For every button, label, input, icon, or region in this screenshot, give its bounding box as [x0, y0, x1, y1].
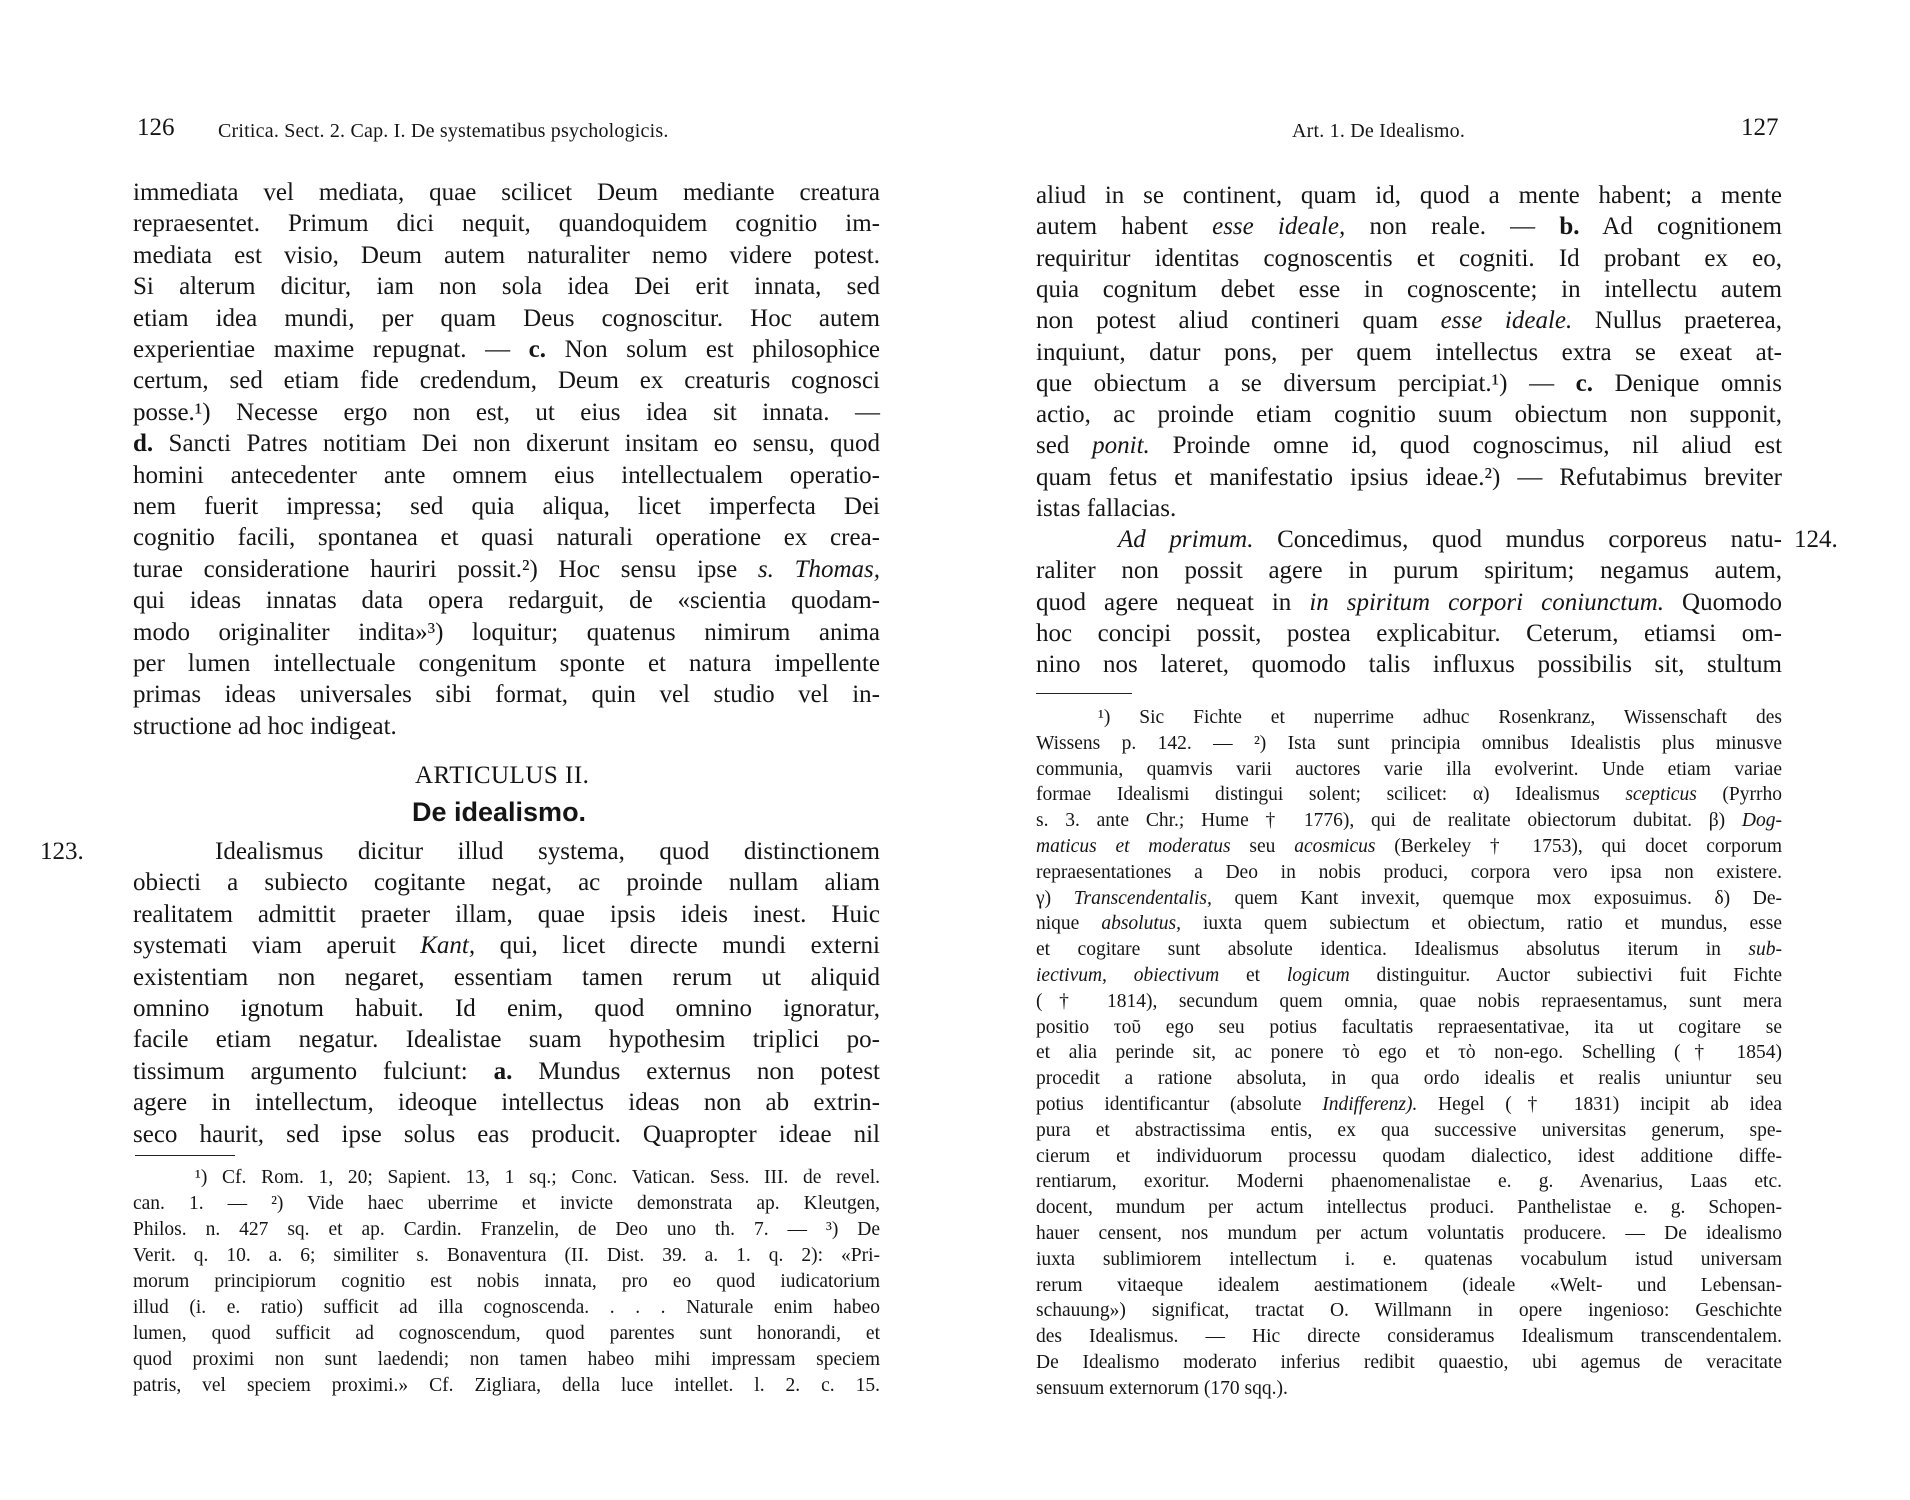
footnote-line: patris, vel speciem proximi.» Cf. Ziglia… [133, 1373, 880, 1398]
text-line: cognitio facili, spontanea et quasi natu… [133, 522, 880, 553]
italic-text: absolutus, [1101, 913, 1181, 934]
text-run: primas ideas universales sibi format, qu… [133, 681, 880, 708]
text-run: morum principiorum cognitio est nobis in… [133, 1271, 880, 1292]
margin-paragraph-number: 123. [40, 836, 84, 867]
text-line: tissimum argumento fulciunt: a. Mundus e… [133, 1056, 880, 1087]
text-run: De Idealismo moderato inferius redibit q… [1036, 1352, 1782, 1373]
text-line: structione ad hoc indigeat. [133, 711, 880, 742]
margin-paragraph-number: 124. [1794, 524, 1838, 555]
text-run: can. 1. — ²) Vide haec uberrime et invic… [133, 1193, 880, 1214]
text-line: mediata est visio, Deum autem naturalite… [133, 240, 880, 271]
text-line: Ad primum. Concedimus, quod mundus corpo… [1036, 524, 1782, 555]
italic-text: scepticus [1625, 784, 1696, 805]
text-line: modo originaliter indita»³) loquitur; qu… [133, 617, 880, 648]
text-run: non reale. — [1345, 213, 1559, 240]
text-run: rentiarum, exoritur. Moderni phaenomenal… [1036, 1171, 1782, 1192]
text-run: Proinde omne id, quod cognoscimus, nil a… [1150, 432, 1782, 459]
text-run: γ) [1036, 888, 1074, 909]
text-line: seco haurit, sed ipse solus eas producit… [133, 1119, 880, 1150]
page-127: Art. 1. De Idealismo. 127 aliud in se co… [955, 0, 1910, 1500]
footnote-line: quod proximi non sunt laedendi; non tame… [133, 1347, 880, 1372]
text-run: posse.¹) Necesse ergo non est, ut eius i… [133, 399, 880, 426]
text-run: et [1219, 965, 1287, 986]
text-run: Non solum est philosophice [546, 336, 880, 363]
text-run: obiecti a subiecto cogitante negat, ac p… [133, 869, 880, 896]
footnote-rule [1036, 693, 1132, 694]
text-run: etiam idea mundi, per quam Deus cognosci… [133, 305, 880, 332]
text-line: Idealismus dicitur illud systema, quod d… [133, 836, 880, 867]
text-line: d. Sancti Patres notitiam Dei non dixeru… [133, 428, 880, 459]
text-line: non potest aliud contineri quam esse ide… [1036, 305, 1782, 336]
text-run: actio, ac proinde etiam cognitio suum ob… [1036, 401, 1782, 428]
text-run: docent, mundum per actum intellectus pro… [1036, 1197, 1782, 1218]
text-line: certum, sed etiam fide credendum, Deum e… [133, 365, 880, 396]
text-run: communia, quamvis varii auctores varie i… [1036, 759, 1782, 780]
footnote-line: ¹) Sic Fichte et nuperrime adhuc Rosenkr… [1036, 705, 1782, 730]
text-line: homini antecedenter ante omnem eius inte… [133, 460, 880, 491]
text-run: quod proximi non sunt laedendi; non tame… [133, 1349, 880, 1370]
text-run: Mundus externus non potest [512, 1058, 880, 1085]
text-line: quam fetus et manifestatio ipsius ideae.… [1036, 462, 1782, 493]
text-run: Denique omnis [1593, 370, 1782, 397]
italic-text: esse ideale, [1212, 213, 1345, 240]
text-run: Verit. q. 10. a. 6; similiter s. Bonaven… [133, 1245, 880, 1266]
footnote-line: et cogitare sunt absolute identica. Idea… [1036, 937, 1782, 962]
text-run: quia cognitum debet esse in cognoscente;… [1036, 276, 1782, 303]
text-run: des Idealismus. — Hic directe consideram… [1036, 1326, 1782, 1347]
text-run: Philos. n. 427 sq. et ap. Cardin. Franze… [133, 1219, 880, 1240]
text-line: quod agere nequeat in in spiritum corpor… [1036, 587, 1782, 618]
text-run: non potest aliud contineri quam [1036, 307, 1441, 334]
text-line: sed ponit. Proinde omne id, quod cognosc… [1036, 430, 1782, 461]
text-line: requiritur identitas cognoscentis et cog… [1036, 243, 1782, 274]
bold-text: b. [1559, 213, 1579, 240]
footnote-rule [135, 1155, 235, 1156]
bold-text: c. [529, 336, 546, 363]
text-run: nino nos lateret, quomodo talis influxus… [1036, 651, 1782, 678]
text-run: aliud in se continent, quam id, quod a m… [1036, 182, 1782, 209]
italic-text: acosmicus [1294, 836, 1375, 857]
text-run: procedit a ratione absoluta, in qua ordo… [1036, 1068, 1782, 1089]
footnote-line: nique absolutus, iuxta quem subiectum et… [1036, 911, 1782, 936]
text-line: agere in intellectum, ideoque intellectu… [133, 1087, 880, 1118]
italic-text: Indifferenz). [1322, 1094, 1417, 1115]
text-run: seco haurit, sed ipse solus eas producit… [133, 1121, 880, 1148]
footnote-line: rerum vitaeque idealem aestimationem (id… [1036, 1273, 1782, 1298]
text-run: iuxta quem subiectum et obiectum, ratio … [1181, 913, 1782, 934]
text-line: autem habent esse ideale, non reale. — b… [1036, 211, 1782, 242]
text-run: s. 3. ante Chr.; Hume † 1776), qui de re… [1036, 810, 1742, 831]
footnote-line: hauer censent, nos mundum per actum volu… [1036, 1221, 1782, 1246]
text-run: agere in intellectum, ideoque intellectu… [133, 1089, 880, 1116]
text-run: omnino ignotum habuit. Id enim, quod omn… [133, 995, 880, 1022]
text-run: lumen, quod sufficit ad cognoscendum, qu… [133, 1323, 880, 1344]
article-title: De idealismo. [412, 796, 586, 828]
text-run: illud (i. e. ratio) sufficit ad illa cog… [133, 1297, 880, 1318]
footnote-line: procedit a ratione absoluta, in qua ordo… [1036, 1066, 1782, 1091]
text-run: quem Kant invexit, quemque mox exposuimu… [1212, 888, 1782, 909]
text-run: istas fallacias. [1036, 495, 1176, 522]
text-line: nino nos lateret, quomodo talis influxus… [1036, 649, 1782, 680]
text-line: existentiam non negaret, essentiam tamen… [133, 962, 880, 993]
footnote-line: repraesentationes a Deo in nobis produci… [1036, 860, 1782, 885]
text-run: schauung») significat, tractat O. Willma… [1036, 1300, 1782, 1321]
italic-text: maticus et moderatus [1036, 836, 1231, 857]
footnote-line: positio τοῦ ego seu potius facultatis re… [1036, 1015, 1782, 1040]
text-run: Quomodo [1664, 589, 1782, 616]
footnote-line: potius identificantur (absolute Indiffer… [1036, 1092, 1782, 1117]
text-line: experientiae maxime repugnat. — c. Non s… [133, 334, 880, 365]
text-run: cognitio facili, spontanea et quasi natu… [133, 524, 880, 551]
text-run: per lumen intellectuale congenitum spont… [133, 650, 880, 677]
text-line: nem fuerit impressa; sed quia aliqua, li… [133, 491, 880, 522]
bold-text: c. [1576, 370, 1593, 397]
italic-text: Ad primum. [1118, 526, 1253, 553]
text-run: facile etiam negatur. Idealistae suam hy… [133, 1026, 880, 1053]
text-line: primas ideas universales sibi format, qu… [133, 679, 880, 710]
text-run: autem habent [1036, 213, 1212, 240]
text-line: quia cognitum debet esse in cognoscente;… [1036, 274, 1782, 305]
text-line: realitatem admittit praeter illam, quae … [133, 899, 880, 930]
footnote-line: illud (i. e. ratio) sufficit ad illa cog… [133, 1295, 880, 1320]
text-run: ¹) Sic Fichte et nuperrime adhuc Rosenkr… [1098, 707, 1782, 728]
italic-text: Dog- [1742, 810, 1782, 831]
text-run: qui, licet directe mundi externi [475, 932, 880, 959]
text-run: ¹) Cf. Rom. 1, 20; Sapient. 13, 1 sq.; C… [195, 1167, 880, 1188]
text-run: repraesentet. Primum dici nequit, quando… [133, 210, 880, 237]
text-run: certum, sed etiam fide credendum, Deum e… [133, 367, 880, 394]
italic-text: sub- [1748, 939, 1782, 960]
text-line: turae consideratione hauriri possit.²) H… [133, 554, 880, 585]
text-run: existentiam non negaret, essentiam tamen… [133, 964, 880, 991]
text-line: aliud in se continent, quam id, quod a m… [1036, 180, 1782, 211]
page-number: 127 [1741, 112, 1779, 144]
page-126: 126 Critica. Sect. 2. Cap. I. De systema… [0, 0, 955, 1500]
text-run: que obiectum a se diversum percipiat.¹) … [1036, 370, 1576, 397]
footnote-line: rentiarum, exoritur. Moderni phaenomenal… [1036, 1169, 1782, 1194]
footnote-line: maticus et moderatus seu acosmicus (Berk… [1036, 834, 1782, 859]
text-run: potius identificantur (absolute [1036, 1094, 1322, 1115]
text-run: modo originaliter indita»³) loquitur; qu… [133, 619, 880, 646]
text-line: immediata vel mediata, quae scilicet Deu… [133, 177, 880, 208]
footnote-line: γ) Transcendentalis, quem Kant invexit, … [1036, 886, 1782, 911]
text-run: Sancti Patres notitiam Dei non dixerunt … [153, 430, 880, 457]
footnote-line: can. 1. — ²) Vide haec uberrime et invic… [133, 1191, 880, 1216]
text-run: Idealismus dicitur illud systema, quod d… [215, 838, 880, 865]
footnote-line: communia, quamvis varii auctores varie i… [1036, 757, 1782, 782]
footnote-line: Wissens p. 142. — ²) Ista sunt principia… [1036, 731, 1782, 756]
text-run: structione ad hoc indigeat. [133, 713, 397, 740]
footnote-line: formae Idealismi distingui solent; scili… [1036, 782, 1782, 807]
text-run: mediata est visio, Deum autem naturalite… [133, 242, 880, 269]
text-line: hoc concipi possit, postea explicabitur.… [1036, 618, 1782, 649]
text-run: († 1814), secundum quem omnia, quae nobi… [1036, 991, 1782, 1012]
italic-text: ponit. [1092, 432, 1150, 459]
footnote-line: De Idealismo moderato inferius redibit q… [1036, 1350, 1782, 1375]
text-run: sed [1036, 432, 1092, 459]
text-run: Concedimus, quod mundus corporeus natu- [1253, 526, 1782, 553]
text-run: et cogitare sunt absolute identica. Idea… [1036, 939, 1748, 960]
text-run: homini antecedenter ante omnem eius inte… [133, 462, 880, 489]
footnote-line: († 1814), secundum quem omnia, quae nobi… [1036, 989, 1782, 1014]
text-line: raliter non possit agere in purum spirit… [1036, 555, 1782, 586]
text-line: actio, ac proinde etiam cognitio suum ob… [1036, 399, 1782, 430]
text-line: per lumen intellectuale congenitum spont… [133, 648, 880, 679]
text-run: positio τοῦ ego seu potius facultatis re… [1036, 1017, 1782, 1038]
text-run: hauer censent, nos mundum per actum volu… [1036, 1223, 1782, 1244]
bold-text: a. [494, 1058, 513, 1085]
footnote-line: pura et abstractissima entis, ex qua suc… [1036, 1118, 1782, 1143]
text-run: cierum et individuorum processu quodam d… [1036, 1146, 1782, 1167]
text-line: que obiectum a se diversum percipiat.¹) … [1036, 368, 1782, 399]
text-line: systemati viam aperuit Kant, qui, licet … [133, 930, 880, 961]
footnote-line: docent, mundum per actum intellectus pro… [1036, 1195, 1782, 1220]
text-run: experientiae maxime repugnat. — [133, 336, 529, 363]
footnote-line: Verit. q. 10. a. 6; similiter s. Bonaven… [133, 1243, 880, 1268]
text-run: Hegel († 1831) incipit ab idea [1417, 1094, 1782, 1115]
running-head: Art. 1. De Idealismo. [1292, 116, 1465, 146]
italic-text: in spiritum corpori coniunctum. [1309, 589, 1664, 616]
text-run: Nullus praeterea, [1572, 307, 1782, 334]
italic-text: Kant, [420, 932, 475, 959]
footnote-line: lumen, quod sufficit ad cognoscendum, qu… [133, 1321, 880, 1346]
page-number: 126 [137, 112, 175, 144]
italic-text: logicum [1287, 965, 1350, 986]
text-run: Si alterum dicitur, iam non sola idea De… [133, 273, 880, 300]
text-run: distinguitur. Auctor subiectivi fuit Fic… [1350, 965, 1782, 986]
running-head: Critica. Sect. 2. Cap. I. De systematibu… [218, 116, 669, 146]
footnote-line: ¹) Cf. Rom. 1, 20; Sapient. 13, 1 sq.; C… [133, 1165, 880, 1190]
italic-text: s. Thomas, [758, 556, 880, 583]
footnote-line: iectivum, obiectivum et logicum distingu… [1036, 963, 1782, 988]
footnote-line: s. 3. ante Chr.; Hume † 1776), qui de re… [1036, 808, 1782, 833]
text-line: repraesentet. Primum dici nequit, quando… [133, 208, 880, 239]
text-line: istas fallacias. [1036, 493, 1782, 524]
footnote-line: schauung») significat, tractat O. Willma… [1036, 1298, 1782, 1323]
text-run: quod agere nequeat in [1036, 589, 1309, 616]
text-run: immediata vel mediata, quae scilicet Deu… [133, 179, 880, 206]
text-line: omnino ignotum habuit. Id enim, quod omn… [133, 993, 880, 1024]
footnote-line: sensuum externorum (170 sqq.). [1036, 1376, 1782, 1401]
text-run: Wissens p. 142. — ²) Ista sunt principia… [1036, 733, 1782, 754]
text-line: inquiunt, datur pons, per quem intellect… [1036, 337, 1782, 368]
footnote-line: iuxta sublimiorem intellectum i. e. quat… [1036, 1247, 1782, 1272]
text-run: rerum vitaeque idealem aestimationem (id… [1036, 1275, 1782, 1296]
text-run: repraesentationes a Deo in nobis produci… [1036, 862, 1782, 883]
text-run: seu [1231, 836, 1295, 857]
text-run: tissimum argumento fulciunt: [133, 1058, 494, 1085]
text-run: realitatem admittit praeter illam, quae … [133, 901, 880, 928]
text-run: hoc concipi possit, postea explicabitur.… [1036, 620, 1782, 647]
text-run: quam fetus et manifestatio ipsius ideae.… [1036, 464, 1782, 491]
text-run: (Pyrrho [1697, 784, 1782, 805]
text-run: nique [1036, 913, 1101, 934]
text-run: nem fuerit impressa; sed quia aliqua, li… [133, 493, 880, 520]
text-line: qui ideas innatas data opera redarguit, … [133, 585, 880, 616]
text-line: obiecti a subiecto cogitante negat, ac p… [133, 867, 880, 898]
footnote-line: et alia perinde sit, ac ponere τὸ ego et… [1036, 1040, 1782, 1065]
footnote-line: des Idealismus. — Hic directe consideram… [1036, 1324, 1782, 1349]
text-run: sensuum externorum (170 sqq.). [1036, 1378, 1288, 1399]
italic-text: iectivum, obiectivum [1036, 965, 1219, 986]
article-label: ARTICULUS II. [415, 761, 589, 791]
text-run: pura et abstractissima entis, ex qua suc… [1036, 1120, 1782, 1141]
text-run: Ad cognitionem [1579, 213, 1782, 240]
footnote-line: Philos. n. 427 sq. et ap. Cardin. Franze… [133, 1217, 880, 1242]
text-run: formae Idealismi distingui solent; scili… [1036, 784, 1625, 805]
italic-text: Transcendentalis, [1074, 888, 1212, 909]
text-run: systemati viam aperuit [133, 932, 420, 959]
bold-text: d. [133, 430, 153, 457]
text-run: turae consideratione hauriri possit.²) H… [133, 556, 758, 583]
footnote-line: cierum et individuorum processu quodam d… [1036, 1144, 1782, 1169]
text-run: et alia perinde sit, ac ponere τὸ ego et… [1036, 1042, 1782, 1063]
text-line: Si alterum dicitur, iam non sola idea De… [133, 271, 880, 302]
text-line: facile etiam negatur. Idealistae suam hy… [133, 1024, 880, 1055]
text-run: inquiunt, datur pons, per quem intellect… [1036, 339, 1782, 366]
text-run: requiritur identitas cognoscentis et cog… [1036, 245, 1782, 272]
text-run: qui ideas innatas data opera redarguit, … [133, 587, 880, 614]
italic-text: esse ideale. [1441, 307, 1573, 334]
text-run: iuxta sublimiorem intellectum i. e. quat… [1036, 1249, 1782, 1270]
text-run: raliter non possit agere in purum spirit… [1036, 557, 1782, 584]
text-line: posse.¹) Necesse ergo non est, ut eius i… [133, 397, 880, 428]
footnote-line: morum principiorum cognitio est nobis in… [133, 1269, 880, 1294]
text-run: (Berkeley † 1753), qui docet corporum [1375, 836, 1782, 857]
text-line: etiam idea mundi, per quam Deus cognosci… [133, 303, 880, 334]
text-run: patris, vel speciem proximi.» Cf. Ziglia… [133, 1375, 880, 1396]
